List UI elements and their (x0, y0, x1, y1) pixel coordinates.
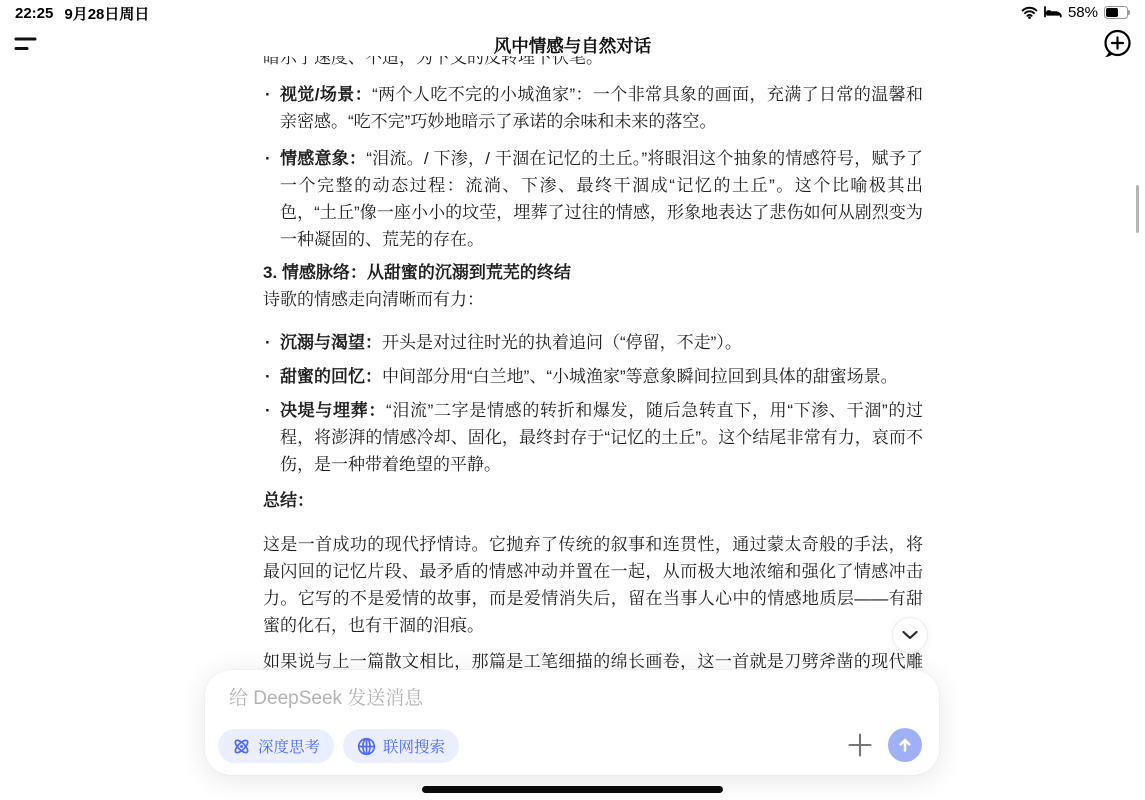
composer-actions (847, 728, 922, 762)
list-item: ·情感意象：“泪流。/ 下渗，/ 干涸在记忆的土丘。”将眼泪这个抽象的情感符号，… (263, 145, 923, 253)
bullet-list-emotion: ·沉溺与渴望：开头是对过往时光的执着追问（“停留，不走”）。 ·甜蜜的回忆：中间… (263, 329, 923, 478)
summary-heading: 总结： (263, 487, 923, 514)
bullet-lead: 甜蜜的回忆： (280, 367, 382, 386)
web-search-toggle[interactable]: 联网搜索 (343, 729, 459, 763)
bullet-lead: 决堤与埋葬： (280, 401, 386, 420)
section-heading: 3. 情感脉络：从甜蜜的沉溺到荒芜的终结 (263, 259, 923, 286)
bullet-lead: 视觉/场景： (280, 85, 372, 104)
attach-plus-icon[interactable] (847, 732, 873, 758)
home-indicator[interactable] (422, 786, 723, 793)
message-input[interactable] (229, 683, 789, 715)
battery-icon (1104, 6, 1131, 19)
web-search-label: 联网搜索 (383, 735, 445, 757)
sleep-focus-bed-icon (1044, 6, 1062, 19)
bullet-lead: 情感意象： (280, 149, 366, 168)
chevron-down-icon (902, 631, 918, 640)
list-item: ·视觉/场景：“两个人吃不完的小城渔家”：一个非常具象的画面，充满了日常的温馨和… (263, 81, 923, 135)
assistant-message: 暗示了速度、不适，为下文的反转埋下伏笔。 ·视觉/场景：“两个人吃不完的小城渔家… (263, 44, 923, 702)
composer-toggles: 深度思考 联网搜索 (218, 729, 459, 763)
page-title: 风中情感与自然对话 (0, 33, 1145, 58)
wifi-icon (1021, 6, 1038, 19)
new-chat-plus-icon[interactable] (1101, 28, 1133, 60)
header-bar: 22:25 9月28日周日 58% (0, 0, 1145, 56)
list-item: ·决堤与埋葬：“泪流”二字是情感的转折和爆发，随后急转直下，用“下渗、干涸”的过… (263, 397, 923, 478)
bullet-list-imagery: ·视觉/场景：“两个人吃不完的小城渔家”：一个非常具象的画面，充满了日常的温馨和… (263, 81, 923, 253)
deep-think-label: 深度思考 (258, 735, 320, 757)
list-item: ·沉溺与渴望：开头是对过往时光的执着追问（“停留，不走”）。 (263, 329, 923, 356)
arrow-up-icon (896, 736, 914, 754)
list-item: ·甜蜜的回忆：中间部分用“白兰地”、“小城渔家”等意象瞬间拉回到具体的甜蜜场景。 (263, 363, 923, 390)
message-composer: 深度思考 联网搜索 (205, 670, 939, 775)
status-time: 22:25 (15, 5, 53, 22)
bullet-lead: 沉溺与渴望： (280, 333, 382, 352)
scrollbar-thumb[interactable] (1136, 185, 1139, 233)
section-intro: 诗歌的情感走向清晰而有力： (263, 286, 923, 313)
status-right: 58% (1021, 4, 1131, 21)
deep-think-toggle[interactable]: 深度思考 (218, 729, 334, 763)
atom-icon (232, 737, 251, 756)
globe-icon (357, 737, 376, 756)
bullet-text: “泪流。/ 下渗，/ 干涸在记忆的土丘。”将眼泪这个抽象的情感符号，赋予了一个完… (280, 149, 923, 249)
deepseek-chat-screen: 22:25 9月28日周日 58% (0, 0, 1145, 800)
bullet-text: 中间部分用“白兰地”、“小城渔家”等意象瞬间拉回到具体的甜蜜场景。 (382, 367, 898, 386)
scroll-to-bottom-button[interactable] (892, 617, 928, 653)
battery-percent: 58% (1068, 4, 1098, 21)
bullet-text: 开头是对过往时光的执着追问（“停留，不走”）。 (382, 333, 742, 352)
status-date: 9月28日周日 (64, 3, 149, 24)
summary-paragraph: 这是一首成功的现代抒情诗。它抛弃了传统的叙事和连贯性，通过蒙太奇般的手法，将最闪… (263, 531, 923, 639)
bullet-text: “两个人吃不完的小城渔家”：一个非常具象的画面，充满了日常的温馨和亲密感。“吃不… (280, 85, 923, 131)
status-left: 22:25 9月28日周日 (15, 3, 149, 24)
send-button[interactable] (888, 728, 922, 762)
